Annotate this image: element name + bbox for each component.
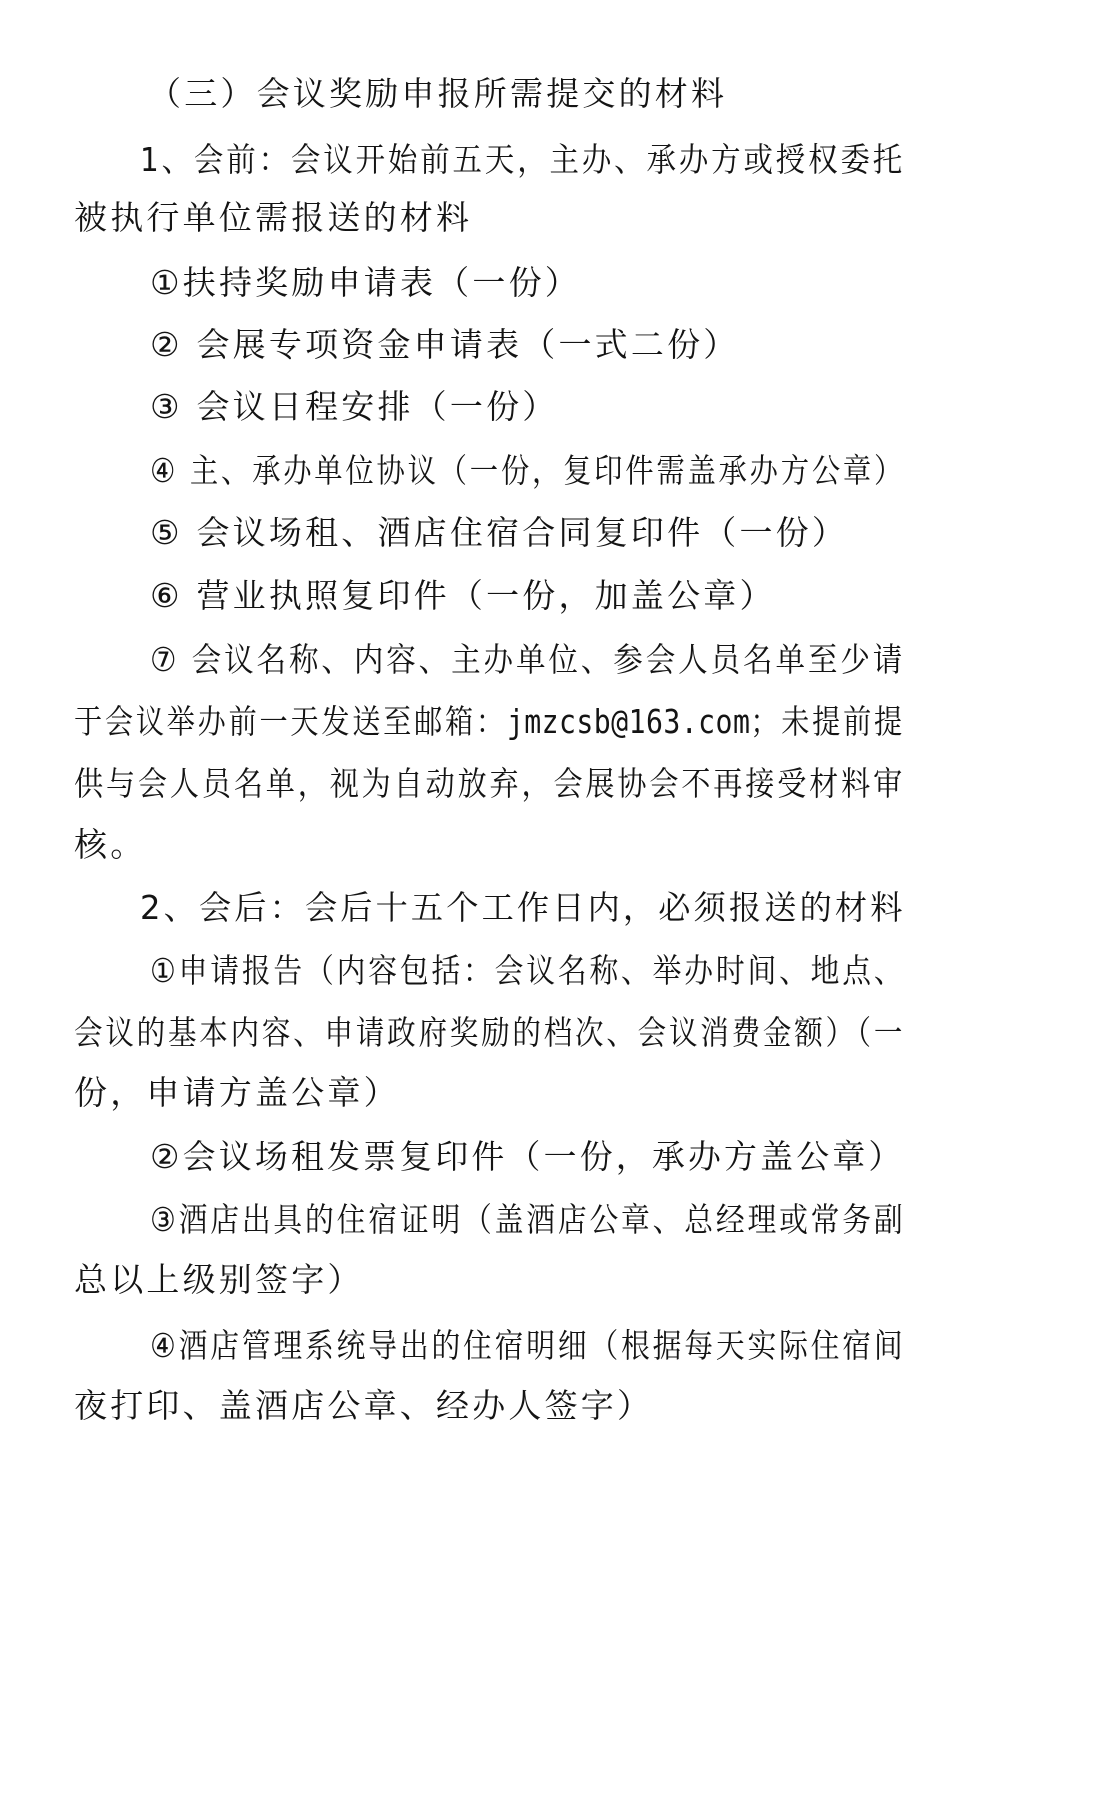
before-item-7-line4: 核。 — [74, 825, 146, 865]
email-instruction-suffix: ；未提前提 — [750, 702, 905, 741]
email-address: jmzcsb@163.com — [507, 702, 751, 741]
before-item-4: ④ 主、承办单位协议（一份，复印件需盖承办方公章） — [150, 451, 905, 491]
after-item-4-line2: 夜打印、盖酒店公章、经办人签字） — [74, 1386, 653, 1426]
before-meeting-heading: 1、会前：会议开始前五天，主办、承办方或授权委托 — [140, 140, 905, 180]
after-item-1-line2: 会议的基本内容、申请政府奖励的档次、会议消费金额）（一 — [74, 1013, 905, 1053]
after-item-3-line2: 总以上级别签字） — [74, 1260, 364, 1300]
after-item-4: ④酒店管理系统导出的住宿明细（根据每天实际住宿间 — [150, 1326, 905, 1366]
before-item-6: ⑥ 营业执照复印件（一份，加盖公章） — [150, 576, 776, 616]
document-page: （三）会议奖励申报所需提交的材料 1、会前：会议开始前五天，主办、承办方或授权委… — [0, 0, 1097, 1802]
before-item-7-line2: 于会议举办前一天发送至邮箱：jmzcsb@163.com；未提前提 — [74, 702, 905, 742]
after-item-2: ②会议场租发票复印件（一份，承办方盖公章） — [150, 1137, 905, 1177]
before-meeting-heading-continued: 被执行单位需报送的材料 — [74, 198, 472, 238]
after-meeting-heading: 2、会后：会后十五个工作日内，必须报送的材料 — [140, 888, 906, 928]
after-item-1-line3: 份，申请方盖公章） — [74, 1073, 400, 1113]
after-item-3: ③酒店出具的住宿证明（盖酒店公章、总经理或常务副 — [150, 1200, 905, 1240]
before-item-1: ①扶持奖励申请表（一份） — [150, 263, 581, 303]
section-heading: （三）会议奖励申报所需提交的材料 — [148, 74, 727, 114]
before-item-2: ② 会展专项资金申请表（一式二份） — [150, 325, 739, 365]
before-item-3: ③ 会议日程安排（一份） — [150, 387, 558, 427]
before-item-5: ⑤ 会议场租、酒店住宿合同复印件（一份） — [150, 513, 848, 553]
email-instruction-prefix: 于会议举办前一天发送至邮箱： — [74, 702, 507, 741]
after-item-1: ①申请报告（内容包括：会议名称、举办时间、地点、 — [150, 951, 905, 991]
before-item-7-line3: 供与会人员名单，视为自动放弃，会展协会不再接受材料审 — [74, 764, 905, 804]
before-item-7: ⑦ 会议名称、内容、主办单位、参会人员名单至少请 — [150, 640, 905, 680]
